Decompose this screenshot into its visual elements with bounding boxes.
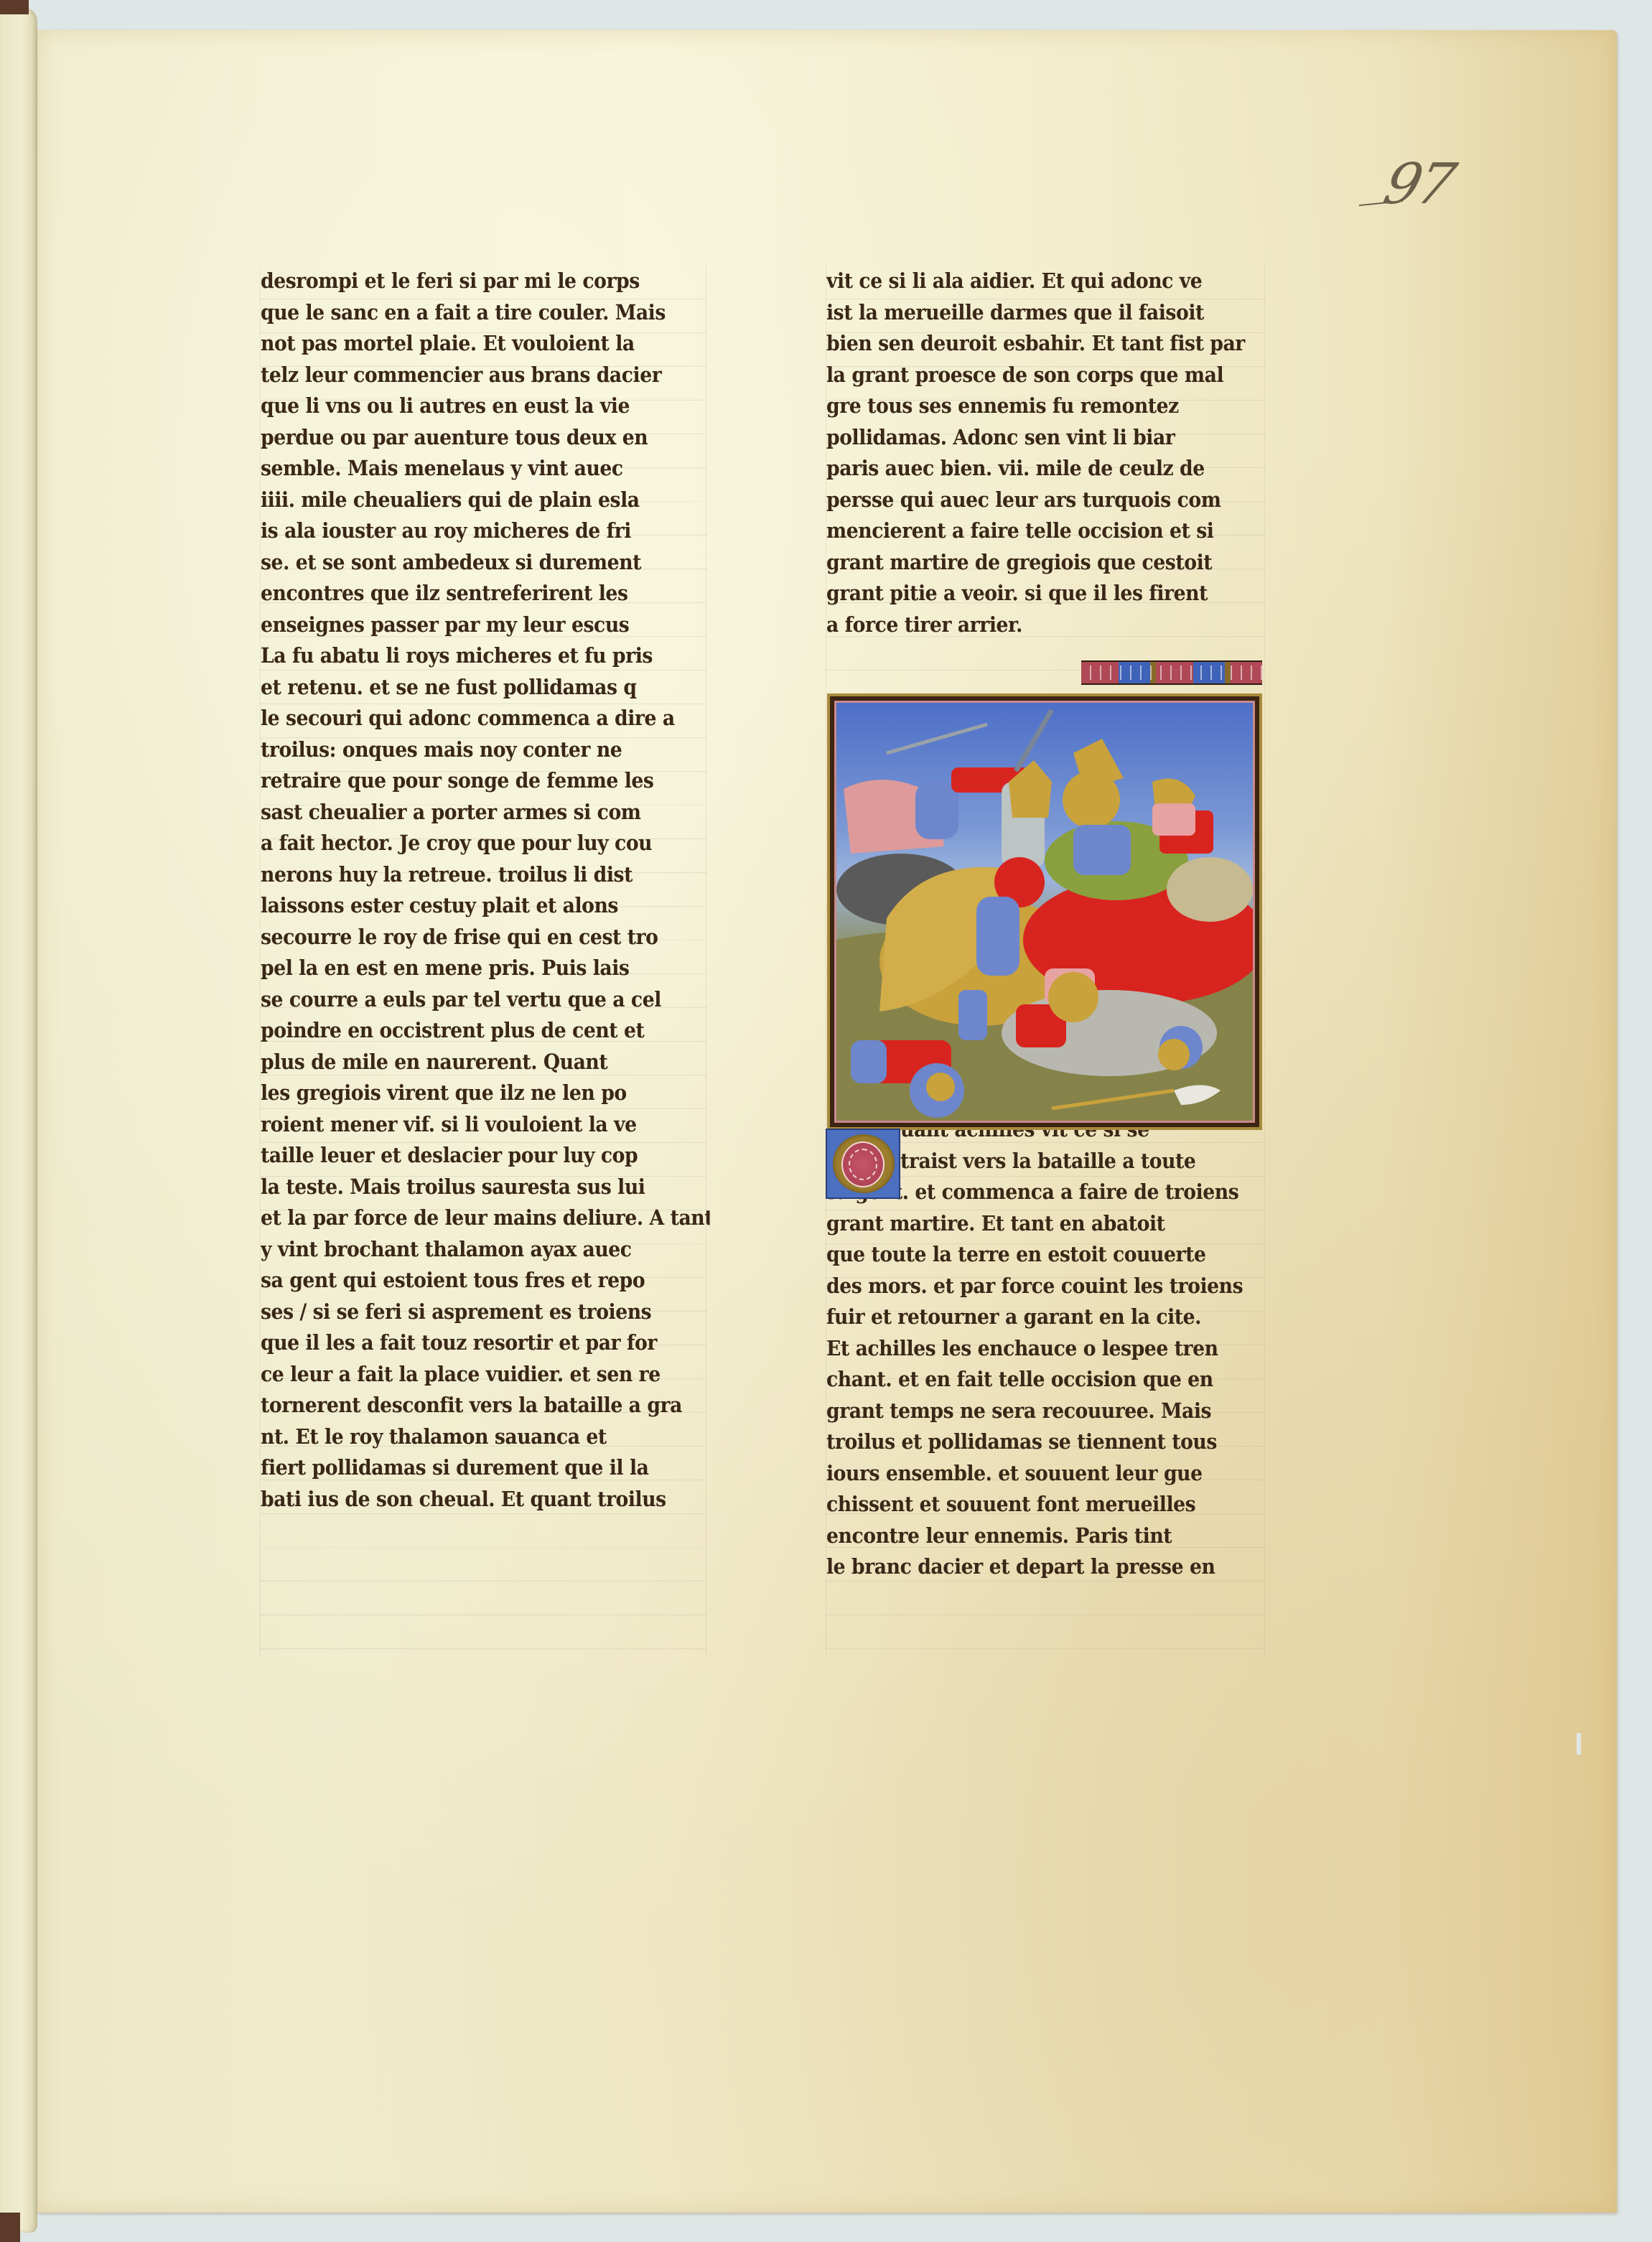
text-line: se courre a euls par tel vertu que a cel — [261, 984, 710, 1016]
text-line: nt. Et le roy thalamon sauanca et — [261, 1421, 710, 1453]
miniature-illumination — [827, 693, 1262, 1130]
text-line: sast cheualier a porter armes si com — [261, 797, 710, 828]
text-line: que toute la terre en estoit couuerte — [826, 1239, 1269, 1271]
text-line: poindre en occistrent plus de cent et — [261, 1015, 710, 1047]
battle-scene-illustration — [836, 703, 1255, 1123]
text-line: chissent et souuent font merueilles — [826, 1489, 1269, 1521]
binding-top — [0, 0, 29, 14]
text-line: et retenu. et se ne fust pollidamas q — [261, 672, 710, 704]
text-line: pollidamas. Adonc sen vint li biar — [826, 422, 1269, 454]
text-line: taille leuer et deslacier pour luy cop — [261, 1140, 710, 1172]
text-line: bati ius de son cheual. Et quant troilus — [261, 1484, 710, 1515]
text-line: La fu abatu li roys micheres et fu pris — [261, 640, 710, 672]
text-line: la grant proesce de son corps que mal — [826, 360, 1269, 391]
text-line: le branc dacier et depart la presse en — [826, 1551, 1269, 1583]
text-line: fuir et retourner a garant en la cite. — [826, 1302, 1269, 1333]
text-line: ist la merueille darmes que il faisoit — [826, 297, 1269, 329]
text-line: semble. Mais menelaus y vint auec — [261, 453, 710, 485]
decorated-initial-q: Q — [826, 1129, 900, 1199]
decorative-line-filler — [1081, 660, 1262, 685]
text-line: roient mener vif. si li vouloient la ve — [261, 1109, 710, 1141]
gold-shield — [1063, 771, 1120, 828]
text-line: perdue ou par auenture tous deux en — [261, 422, 710, 454]
text-line: se. et se sont ambedeux si durement — [261, 547, 710, 579]
text-line: grant temps ne sera recouuree. Mais — [826, 1396, 1269, 1427]
text-line: is ala iouster au roy micheres de fri — [261, 515, 710, 547]
text-line: bien sen deuroit esbahir. Et tant fist p… — [826, 328, 1269, 360]
text-line: les gregiois virent que ilz ne len po — [261, 1078, 710, 1109]
text-block-before-miniature: vit ce si li ala aidier. Et qui adonc ve… — [826, 266, 1264, 640]
binding-bottom — [0, 2213, 20, 2242]
text-line: la teste. Mais troilus sauresta sus lui — [261, 1172, 710, 1203]
text-line: grant martire. Et tant en abatoit — [826, 1208, 1269, 1240]
text-line: retraire que pour songe de femme les — [261, 765, 710, 797]
text-line: vit ce si li ala aidier. Et qui adonc ve — [826, 266, 1269, 297]
previous-leaf-edge — [0, 7, 37, 2233]
text-line: grant martire de gregiois que cestoit — [826, 547, 1269, 579]
text-line: iiii. mile cheualiers qui de plain esla — [261, 485, 710, 516]
text-line: ce leur a fait la place vuidier. et sen … — [261, 1359, 710, 1391]
text-line: iours ensemble. et souuent leur gue — [826, 1458, 1269, 1490]
text-line: des mors. et par force couint les troien… — [826, 1271, 1269, 1302]
text-line: que li vns ou li autres en eust la vie — [261, 391, 710, 422]
text-line: pel la en est en mene pris. Puis lais — [261, 953, 710, 984]
text-line: troilus et pollidamas se tiennent tous — [826, 1426, 1269, 1458]
text-line: enseignes passer par my leur escus — [261, 609, 710, 641]
text-line: y vint brochant thalamon ayax auec — [261, 1234, 710, 1266]
text-line: telz leur commencier aus brans dacier — [261, 360, 710, 391]
page-edge-notch — [1577, 1733, 1581, 1755]
text-line: fiert pollidamas si durement que il la — [261, 1452, 710, 1484]
text-line: ses / si se feri si asprement es troiens — [261, 1297, 710, 1328]
text-line: desrompi et le feri si par mi le corps — [261, 266, 710, 297]
text-line: encontre leur ennemis. Paris tint — [826, 1521, 1269, 1552]
text-line: encontres que ilz sentreferirent les — [261, 578, 710, 609]
text-line: grant pitie a veoir. si que il les firen… — [826, 578, 1269, 609]
text-line: tornerent desconfit vers la bataille a g… — [261, 1390, 710, 1421]
text-line: a fait hector. Je croy que pour luy cou — [261, 828, 710, 859]
initial-red-filigree — [841, 1141, 885, 1187]
text-line: sa gent qui estoient tous fres et repo — [261, 1265, 710, 1297]
text-line: Et achilles les enchauce o lespee tren — [826, 1333, 1269, 1365]
sword — [887, 724, 987, 753]
text-line: traist vers la bataille a toute — [826, 1146, 1343, 1177]
text-line: not pas mortel plaie. Et vouloient la — [261, 328, 710, 360]
text-line: et la par force de leur mains deliure. A… — [261, 1202, 710, 1234]
text-line: troilus: onques mais noy conter ne — [261, 734, 710, 766]
text-line: persse qui auec leur ars turquois com — [826, 485, 1269, 516]
text-line: nerons huy la retreue. troilus li dist — [261, 859, 710, 891]
text-line: secourre le roy de frise qui en cest tro — [261, 922, 710, 953]
miniature-battle-scene — [834, 701, 1255, 1123]
text-line: que le sanc en a fait a tire couler. Mai… — [261, 297, 710, 329]
text-column-left: desrompi et le feri si par mi le corpsqu… — [260, 266, 706, 1658]
text-line: mencierent a faire telle occision et si — [826, 515, 1269, 547]
text-line: gre tous ses ennemis fu remontez — [826, 391, 1269, 422]
text-line: chant. et en fait telle occision que en — [826, 1364, 1269, 1396]
text-line: plus de mile en naurerent. Quant — [261, 1047, 710, 1078]
text-line: paris auec bien. vii. mile de ceulz de — [826, 453, 1269, 485]
text-line: le secouri qui adonc commenca a dire a — [261, 703, 710, 734]
text-line: que il les a fait touz resortir et par f… — [261, 1327, 710, 1359]
text-line: laissons ester cestuy plait et alons — [261, 890, 710, 922]
text-line: a force tirer arrier. — [826, 609, 1269, 641]
